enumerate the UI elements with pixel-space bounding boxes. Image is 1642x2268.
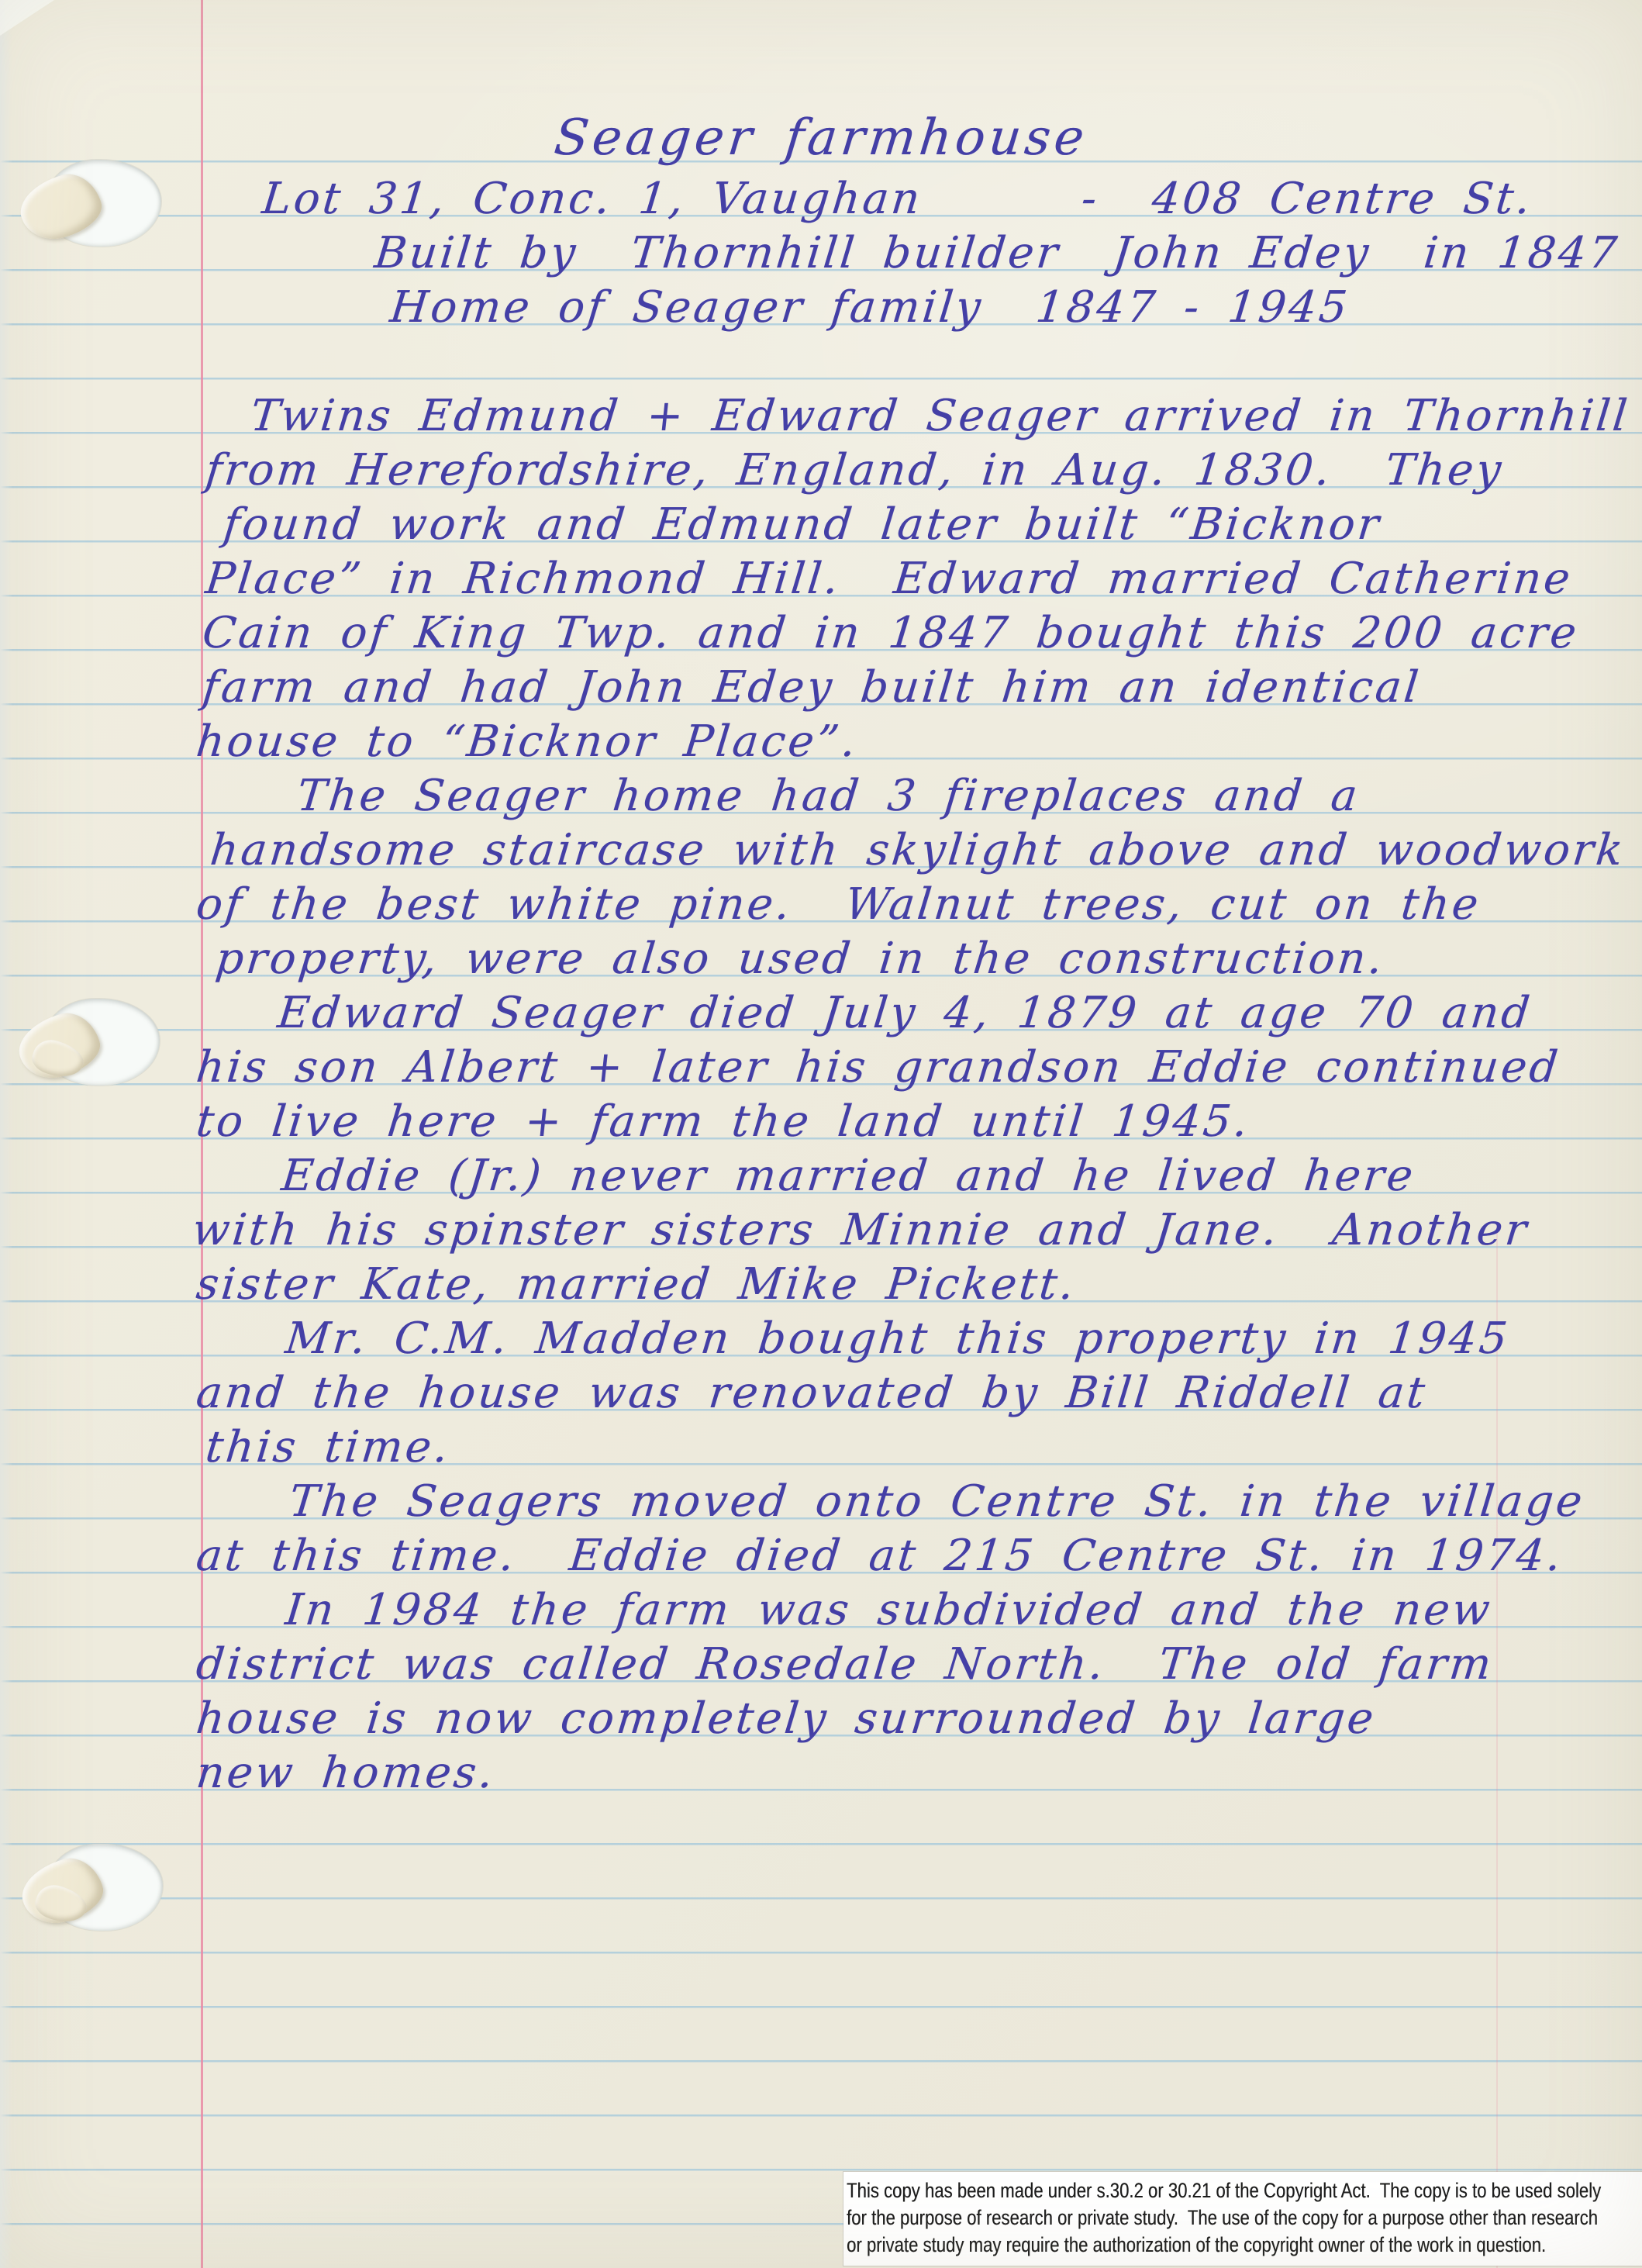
handwritten-line: and the house was renovated by Bill Ridd… — [194, 1369, 1430, 1418]
handwritten-line: Place” in Richmond Hill. Edward married … — [203, 554, 1575, 604]
handwritten-line: Cain of King Twp. and in 1847 bought thi… — [200, 609, 1582, 658]
handwritten-line: property, were also used in the construc… — [213, 934, 1387, 984]
handwritten-line: from Herefordshire, England, in Aug. 183… — [203, 446, 1506, 495]
stamp-line: for the purpose of research or private s… — [847, 2204, 1499, 2232]
handwritten-line: found work and Edmund later built “Bickn… — [221, 500, 1384, 550]
scanner-edge — [0, 0, 12, 2268]
handwritten-line: new homes. — [194, 1748, 498, 1798]
handwritten-line: at this time. Eddie died at 215 Centre S… — [194, 1531, 1566, 1581]
handwritten-line: this time. — [203, 1423, 453, 1472]
header-line-family: Home of Seager family 1847 - 1945 — [388, 283, 1352, 333]
margin-line-ghost — [1496, 1225, 1498, 2268]
header-line-builder: Built by Thornhill builder John Edey in … — [372, 229, 1622, 278]
notebook-page: Seager farmhouse Lot 31, Conc. 1, Vaugha… — [0, 0, 1642, 2268]
handwritten-line: house is now completely surrounded by la… — [194, 1694, 1378, 1744]
handwritten-line: sister Kate, married Mike Pickett. — [194, 1260, 1078, 1310]
handwritten-line: The Seagers moved onto Centre St. in the… — [287, 1477, 1587, 1527]
handwritten-line: of the best white pine. Walnut trees, cu… — [194, 880, 1483, 930]
header-line-address: Lot 31, Conc. 1, Vaughan - 408 Centre St… — [260, 174, 1535, 224]
handwritten-line: house to “Bicknor Place”. — [194, 717, 861, 767]
stamp-line: or private study may require the authori… — [847, 2232, 1499, 2259]
punch-hole-bottom — [25, 1839, 164, 1940]
stamp-line: This copy has been made under s.30.2 or … — [847, 2177, 1499, 2204]
handwritten-line: Mr. C.M. Madden bought this property in … — [283, 1314, 1513, 1364]
handwritten-line: his son Albert + later his grandson Eddi… — [194, 1043, 1563, 1093]
handwritten-line: handsome staircase with skylight above a… — [208, 826, 1628, 875]
handwritten-line: Eddie (Jr.) never married and he lived h… — [279, 1151, 1418, 1201]
page-title: Seager farmhouse — [552, 113, 1090, 163]
handwritten-line: district was called Rosedale North. The … — [194, 1640, 1496, 1690]
punch-hole-middle — [22, 994, 161, 1095]
paper-corner — [0, 0, 54, 36]
handwritten-line: to live here + farm the land until 1945. — [194, 1097, 1253, 1147]
handwritten-line: Twins Edmund + Edward Seager arrived in … — [248, 392, 1632, 441]
punch-hole-top — [23, 155, 163, 256]
handwritten-line: with his spinster sisters Minnie and Jan… — [190, 1206, 1531, 1255]
copyright-stamp: This copy has been made under s.30.2 or … — [843, 2172, 1642, 2266]
handwritten-line: In 1984 the farm was subdivided and the … — [283, 1586, 1495, 1635]
handwritten-line: Edward Seager died July 4, 1879 at age 7… — [275, 989, 1534, 1038]
handwritten-line: The Seager home had 3 fireplaces and a — [295, 772, 1362, 821]
handwritten-line: farm and had John Edey built him an iden… — [200, 663, 1423, 713]
